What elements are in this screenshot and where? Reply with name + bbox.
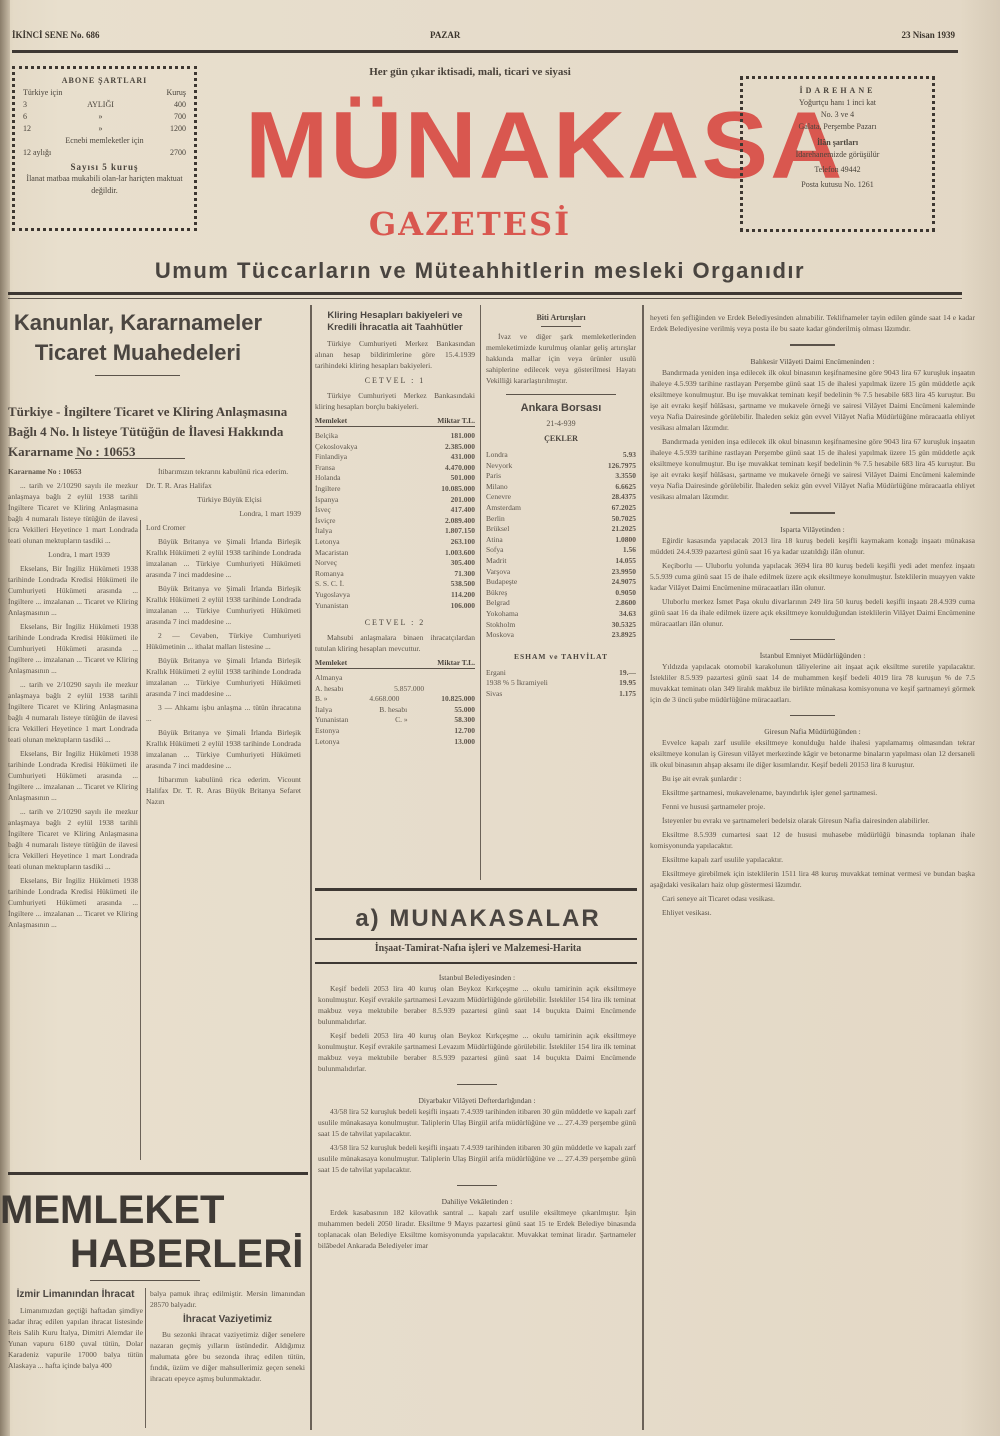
left-article-heading: Kanunlar, Kararnameler Ticaret Muahedele…: [8, 308, 268, 368]
list-item: Ehliyet vesikası.: [650, 907, 975, 918]
issue-day: PAZAR: [430, 30, 460, 40]
table-row: S. S. C. İ.538.500: [315, 579, 475, 590]
borsa-date: 21-4-939: [486, 418, 636, 429]
list-item: İsteyenler bu evrakı ve şartnameleri bed…: [650, 815, 975, 826]
right-notices-column: heyeti fen şefliğinden ve Erdek Belediye…: [650, 312, 975, 1432]
issue-date: 23 Nisan 1939: [901, 30, 955, 40]
kliring-heading: Kliring Hesapları bakiyeleri ve Kredili …: [315, 310, 475, 334]
table-row: İsviçre2.089.400: [315, 516, 475, 527]
table-row: İtalyaB. hesabı55.000: [315, 705, 475, 716]
table-row: Nevyork126.7975: [486, 461, 636, 472]
masthead-subtitle: GAZETESİ: [300, 205, 640, 243]
masthead-title: MÜNAKASA: [245, 98, 695, 193]
masthead-tagline: Her gün çıkar iktisadi, mali, ticari ve …: [300, 66, 640, 78]
table-row: Cenevre28.4375: [486, 492, 636, 503]
table-row: Finlandiya431.000: [315, 452, 475, 463]
left-article-col1: Kararname No : 10653 ... tarih ve 2/1029…: [8, 466, 138, 1166]
munakasalar-notices: İstanbul Belediyesinden : Keşif bedeli 2…: [318, 972, 636, 1432]
subscription-title: ABONE ŞARTLARI: [23, 75, 186, 87]
table-row: İtalya1.807.150: [315, 526, 475, 537]
table-row: Letonya263.100: [315, 537, 475, 548]
table-row: Fransa4.470.000: [315, 463, 475, 474]
table-row: Varşova23.9950: [486, 567, 636, 578]
table-row: Yugoslavya114.200: [315, 590, 475, 601]
esham-table: Ergani19.—1938 % 5 İkramiyeli19.95Sivas1…: [486, 668, 636, 700]
table-row: Belgrad2.8600: [486, 598, 636, 609]
top-rule: [12, 50, 958, 53]
issue-bar: İKİNCİ SENE No. 686 PAZAR 23 Nisan 1939: [12, 30, 955, 46]
office-box: İDAREHANE Yoğurtçu hanı 1 inci kat No. 3…: [740, 76, 935, 232]
table-row: Moskova23.8925: [486, 630, 636, 641]
subscription-row: 12 » 1200: [23, 123, 186, 135]
table-row: Atina1.0800: [486, 535, 636, 546]
list-item: Cari seneye ait Ticaret odası vesikası.: [650, 893, 975, 904]
table-row: YunanistanC. »58.300: [315, 715, 475, 726]
table-row: Holanda501.000: [315, 473, 475, 484]
borsa-title: Ankara Borsası: [486, 403, 636, 414]
munakasalar-category: İnşaat-Tamirat-Nafıa işleri ve Malzemesi…: [318, 943, 638, 954]
memleket-right-col: balya pamuk ihraç edilmiştir. Mersin lim…: [150, 1288, 305, 1433]
borsa-column: Biti Artırışları İvaz ve diğer şark meml…: [486, 312, 636, 882]
table-row: Romanya71.300: [315, 569, 475, 580]
masthead-motto: Umum Tüccarların ve Müteahhitlerin mesle…: [40, 258, 920, 284]
newspaper-page: İKİNCİ SENE No. 686 PAZAR 23 Nisan 1939 …: [0, 0, 1000, 1436]
table-row: Paris3.3550: [486, 471, 636, 482]
subscription-row: 3 AYLIĞI 400: [23, 99, 186, 111]
single-copy-price: Sayısı 5 kuruş: [23, 161, 186, 173]
table-row: Londra5.93: [486, 450, 636, 461]
cetvel-2-table: AlmanyaA. hesabı5.857.000B. »4.668.00010…: [315, 673, 475, 747]
table-row: Çekoslovakya2.385.000: [315, 442, 475, 453]
giresun-document-list: Eksiltme şartnamesi, mukavelename, bayın…: [650, 787, 975, 918]
table-row: Norveç305.400: [315, 558, 475, 569]
kliring-column: Kliring Hesapları bakiyeleri ve Kredili …: [315, 310, 475, 880]
table-row: Yunanistan106.000: [315, 601, 475, 612]
list-item: Eksiltme 8.5.939 cumartesi saat 12 de hu…: [650, 829, 975, 851]
table-row: Ergani19.—: [486, 668, 636, 679]
table-row: Madrit14.055: [486, 556, 636, 567]
left-article-subheading: Türkiye - İngiltere Ticaret ve Kliring A…: [8, 402, 298, 462]
office-phone: Telefon 49442: [751, 164, 924, 176]
table-row: Almanya: [315, 673, 475, 684]
list-item: Eksiltme şartnamesi, mukavelename, bayın…: [650, 787, 975, 798]
masthead-rule: [8, 292, 962, 295]
cekler-table: Londra5.93Nevyork126.7975Paris3.3550Mila…: [486, 450, 636, 641]
munakasalar-heading: a) MUNAKASALAR: [318, 905, 638, 933]
left-article-col2: İtibarımızın tekrarını kabulünü rica ede…: [146, 466, 301, 1166]
table-row: Brüksel21.2025: [486, 524, 636, 535]
cetvel-1-title: CETVEL : 1: [315, 375, 475, 386]
table-row: İspanya201.000: [315, 495, 475, 506]
table-row: Macaristan1.003.600: [315, 548, 475, 559]
table-row: İngiltere10.085.000: [315, 484, 475, 495]
table-row: Budapeşte24.9075: [486, 577, 636, 588]
table-row: İsveç417.400: [315, 505, 475, 516]
cetvel-1-table: Belçika181.000Çekoslovakya2.385.000Finla…: [315, 431, 475, 611]
table-row: Berlin50.7025: [486, 514, 636, 525]
list-item: Fenni ve hususi şartnameler proje.: [650, 801, 975, 812]
office-po-box: Posta kutusu No. 1261: [751, 179, 924, 191]
memleket-heading: MEMLEKET HABERLERİ: [0, 1188, 310, 1276]
table-row: A. hesabı5.857.000: [315, 684, 475, 695]
memleket-left-col: İzmir Limanından İhracat Limanımızdan ge…: [8, 1288, 143, 1433]
list-item: Eksiltmeye girebilmek için isteklilerin …: [650, 868, 975, 890]
table-row: Estonya12.700: [315, 726, 475, 737]
table-row: Bükreş0.9050: [486, 588, 636, 599]
table-row: Sivas1.175: [486, 689, 636, 700]
cetvel-2-title: CETVEL : 2: [315, 617, 475, 628]
table-row: Sofya1.56: [486, 545, 636, 556]
table-row: Belçika181.000: [315, 431, 475, 442]
table-row: B. »4.668.00010.825.000: [315, 694, 475, 705]
table-row: Milano6.6625: [486, 482, 636, 493]
table-row: Yokohama34.63: [486, 609, 636, 620]
table-row: Letonya13.000: [315, 737, 475, 748]
subscription-box: ABONE ŞARTLARI Türkiye için Kuruş 3 AYLI…: [12, 66, 197, 231]
subscription-row: 6 » 700: [23, 111, 186, 123]
table-row: 1938 % 5 İkramiyeli19.95: [486, 678, 636, 689]
issue-number: İKİNCİ SENE No. 686: [12, 30, 100, 40]
list-item: Eksiltme kapalı zarf usulile yapılacaktı…: [650, 854, 975, 865]
table-row: Amsterdam67.2025: [486, 503, 636, 514]
table-row: Stokholm30.5325: [486, 620, 636, 631]
